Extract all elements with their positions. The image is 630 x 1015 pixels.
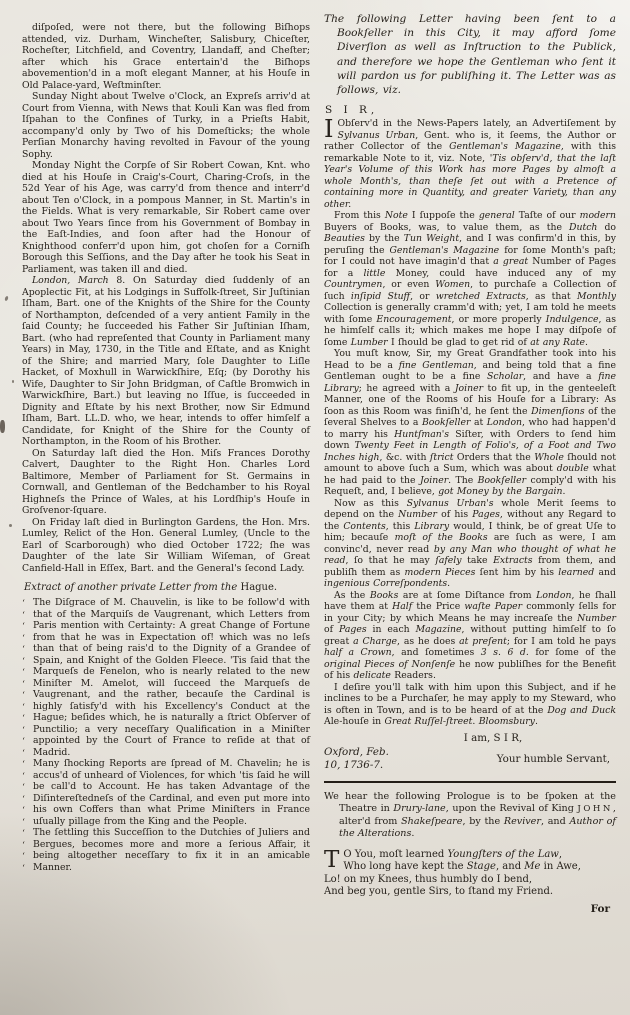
news-paragraph: Monday Night the Corpſe of Sir Robert Co… xyxy=(22,160,310,275)
salutation: S I R, xyxy=(325,104,616,116)
signoff-place-line1: Oxford, Feb. xyxy=(324,746,389,759)
prologue-notice: We hear the following Prologue is to be … xyxy=(324,791,616,839)
poem-line: Who long have kept the Stage, and Me in … xyxy=(343,861,616,873)
letter-paragraph-text: Obſerv'd in the News-Papers lately, an A… xyxy=(324,118,616,210)
drop-cap: I xyxy=(324,118,337,139)
quoted-letter-paragraph: Many ſhocking Reports are ſpread of M. C… xyxy=(22,758,310,827)
newspaper-page: diſpoſed, were not there, but the follow… xyxy=(0,0,630,1015)
poem-line: Lo! on my Knees, thus humbly do I bend, xyxy=(324,874,616,886)
quote-gutter: ‘ ‘ ‘ ‘ xyxy=(22,828,25,874)
letter-paragraph: You muſt know, Sir, my Great Grandfather… xyxy=(324,348,616,498)
ink-speck xyxy=(0,420,5,433)
letter-paragraph: As the Books are at ſome Diſtance from L… xyxy=(324,590,616,682)
quoted-letter-paragraph: The ſettling this Succeſſion to the Dutc… xyxy=(22,827,310,873)
news-paragraph: London, March 8. On Saturday died ſudden… xyxy=(22,275,310,448)
news-paragraph: diſpoſed, were not there, but the follow… xyxy=(22,22,310,91)
news-paragraph: On Saturday laſt died the Hon. Miſs Fran… xyxy=(22,448,310,517)
two-column-layout: diſpoſed, were not there, but the follow… xyxy=(22,8,616,915)
poem-line: And beg you, gentle Sirs, to ſtand my Fr… xyxy=(324,886,616,898)
letter-intro-note: The following Letter having been ſent to… xyxy=(324,12,616,97)
quoted-letter-paragraph: The Diſgrace of M. Chauvelin, is like to… xyxy=(22,597,310,758)
quote-gutter: ‘ ‘ ‘ ‘ ‘ ‘ xyxy=(22,759,25,828)
drop-cap: T xyxy=(324,849,343,870)
letter-paragraph: From this Note I ſuppoſe the general Taſ… xyxy=(324,210,616,348)
poem-line: O You, moſt learned Youngſters of the La… xyxy=(343,849,616,861)
letter-paragraph: Now as this Sylvanus Urban's whole Merit… xyxy=(324,498,616,590)
left-column: diſpoſed, were not there, but the follow… xyxy=(22,8,310,915)
ink-speck xyxy=(9,524,12,527)
signoff-place: Oxford, Feb. 10, 1736-7. xyxy=(324,746,389,772)
prologue-poem: T O You, moſt learned Youngſters of the … xyxy=(324,849,616,899)
news-paragraph: Sunday Night about Twelve o'Clock, an Ex… xyxy=(22,91,310,160)
catchword: For xyxy=(324,903,616,915)
news-paragraph: On Friday laſt died in Burlington Garden… xyxy=(22,517,310,575)
ink-speck xyxy=(12,380,14,383)
right-column: The following Letter having been ſent to… xyxy=(324,8,616,915)
section-divider xyxy=(324,781,616,783)
letter-paragraph: IObſerv'd in the News-Papers lately, an … xyxy=(324,118,616,210)
signoff-iam: I am, S I R, xyxy=(324,732,616,744)
ink-speck xyxy=(4,296,9,302)
letter-extract-heading: Extract of another private Letter from t… xyxy=(22,582,310,594)
signoff-servant: Your humble Servant, xyxy=(497,753,616,765)
quote-gutter: ‘ ‘ ‘ ‘ ‘ ‘ ‘ ‘ ‘ ‘ ‘ ‘ ‘ ‘ xyxy=(22,598,25,759)
signoff-place-line2: 10, 1736-7. xyxy=(324,759,389,772)
signoff-row: Oxford, Feb. 10, 1736-7. Your humble Ser… xyxy=(324,746,616,772)
letter-paragraph: I deſire you'll talk with him upon this … xyxy=(324,682,616,728)
